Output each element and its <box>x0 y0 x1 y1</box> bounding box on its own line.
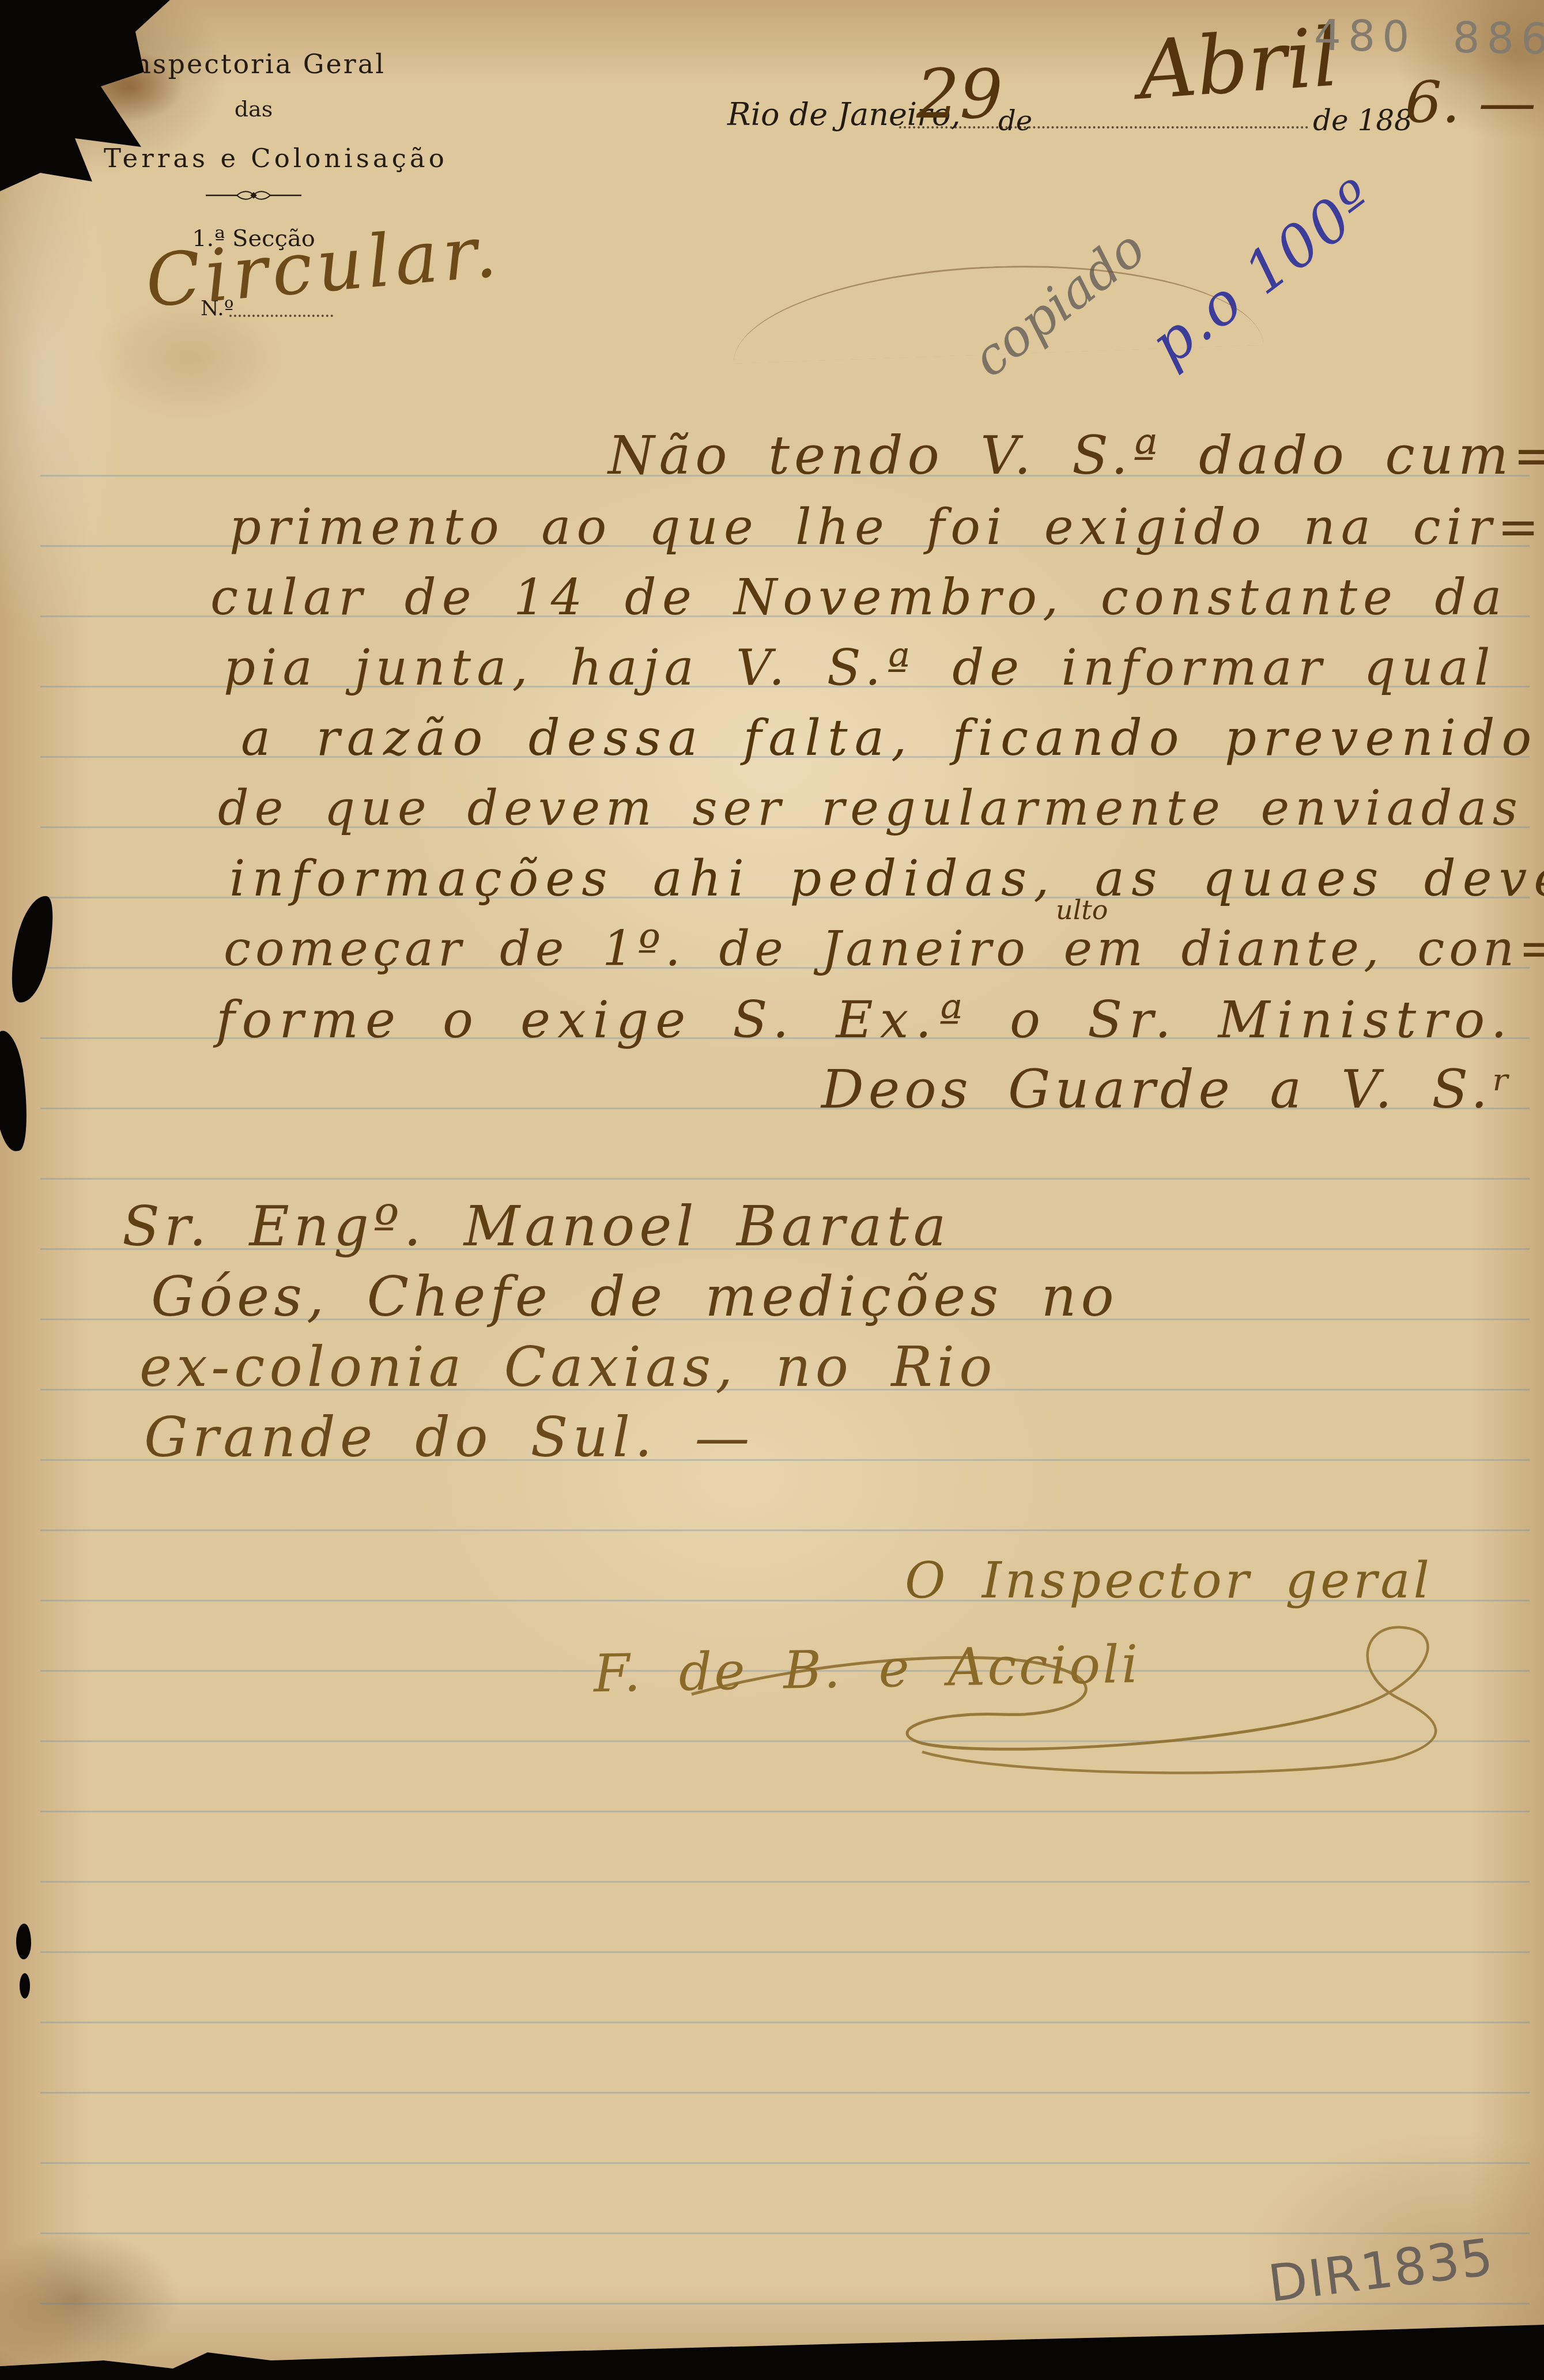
signature-flourish <box>680 1608 1475 1781</box>
paper-hole <box>0 1029 32 1153</box>
date-month-handwritten: Abril <box>1136 17 1341 112</box>
body-line: de que devem ser regularmente enviadas a… <box>218 784 1544 832</box>
interline-insertion: ulto <box>1056 897 1108 923</box>
signer-role: O Inspector geral <box>905 1556 1433 1605</box>
body-line: a razão dessa falta, ficando prevenido <box>241 713 1538 763</box>
addressee-line: Grande do Sul. — <box>144 1411 754 1465</box>
addressee-line: Góes, Chefe de medições no <box>151 1270 1119 1325</box>
date-year-printed: de 188 <box>1313 106 1413 135</box>
paper-speck <box>16 1924 31 1959</box>
letterhead-org-line3: Terras e Colonisação <box>104 145 403 171</box>
paper-hole <box>4 892 61 1006</box>
body-line: forme o exige S. Ex.ª o Sr. Ministro. <box>216 995 1514 1045</box>
body-line: informações ahi pedidas, as quaes devem <box>229 854 1544 904</box>
paper-sheet: Inspectoria Geral das Terras e Colonisaç… <box>0 0 1544 2380</box>
addressee-line: ex-colonia Caxias, no Rio <box>139 1340 996 1395</box>
closing-salutation: Deos Guarde a V. S.ʳ <box>821 1063 1515 1116</box>
date-day-handwritten: 29 <box>916 60 1003 128</box>
scanned-letter-page: Inspectoria Geral das Terras e Colonisaç… <box>0 0 1544 2380</box>
letterhead: Inspectoria Geral das Terras e Colonisaç… <box>104 51 403 250</box>
body-line: primento ao que lhe foi exigido na cir= <box>229 503 1544 552</box>
date-de-printed: de <box>998 107 1032 135</box>
date-year-handwritten: 6. — <box>1405 74 1536 131</box>
body-line: pia junta, haja V. S.ª de informar qual <box>224 643 1496 693</box>
letterhead-org-line1: Inspectoria Geral <box>104 51 403 77</box>
pencil-number-annotation: 480 886 <box>1313 14 1544 61</box>
paper-speck <box>20 1973 30 1999</box>
archive-code-pencil: DIR1835 <box>1266 2231 1497 2309</box>
addressee-line: Sr. Engº. Manoel Barata <box>122 1200 950 1255</box>
body-line: começar de 1º. de Janeiro em diante, con… <box>224 924 1544 973</box>
pen-flourish-line <box>731 257 1264 364</box>
body-line: Não tendo V. S.ª dado cum= <box>608 429 1544 482</box>
body-line: cular de 14 de Novembro, constante da Co… <box>210 573 1544 622</box>
divider-ornament-icon <box>205 188 303 202</box>
letterhead-org-line2: das <box>104 98 403 120</box>
